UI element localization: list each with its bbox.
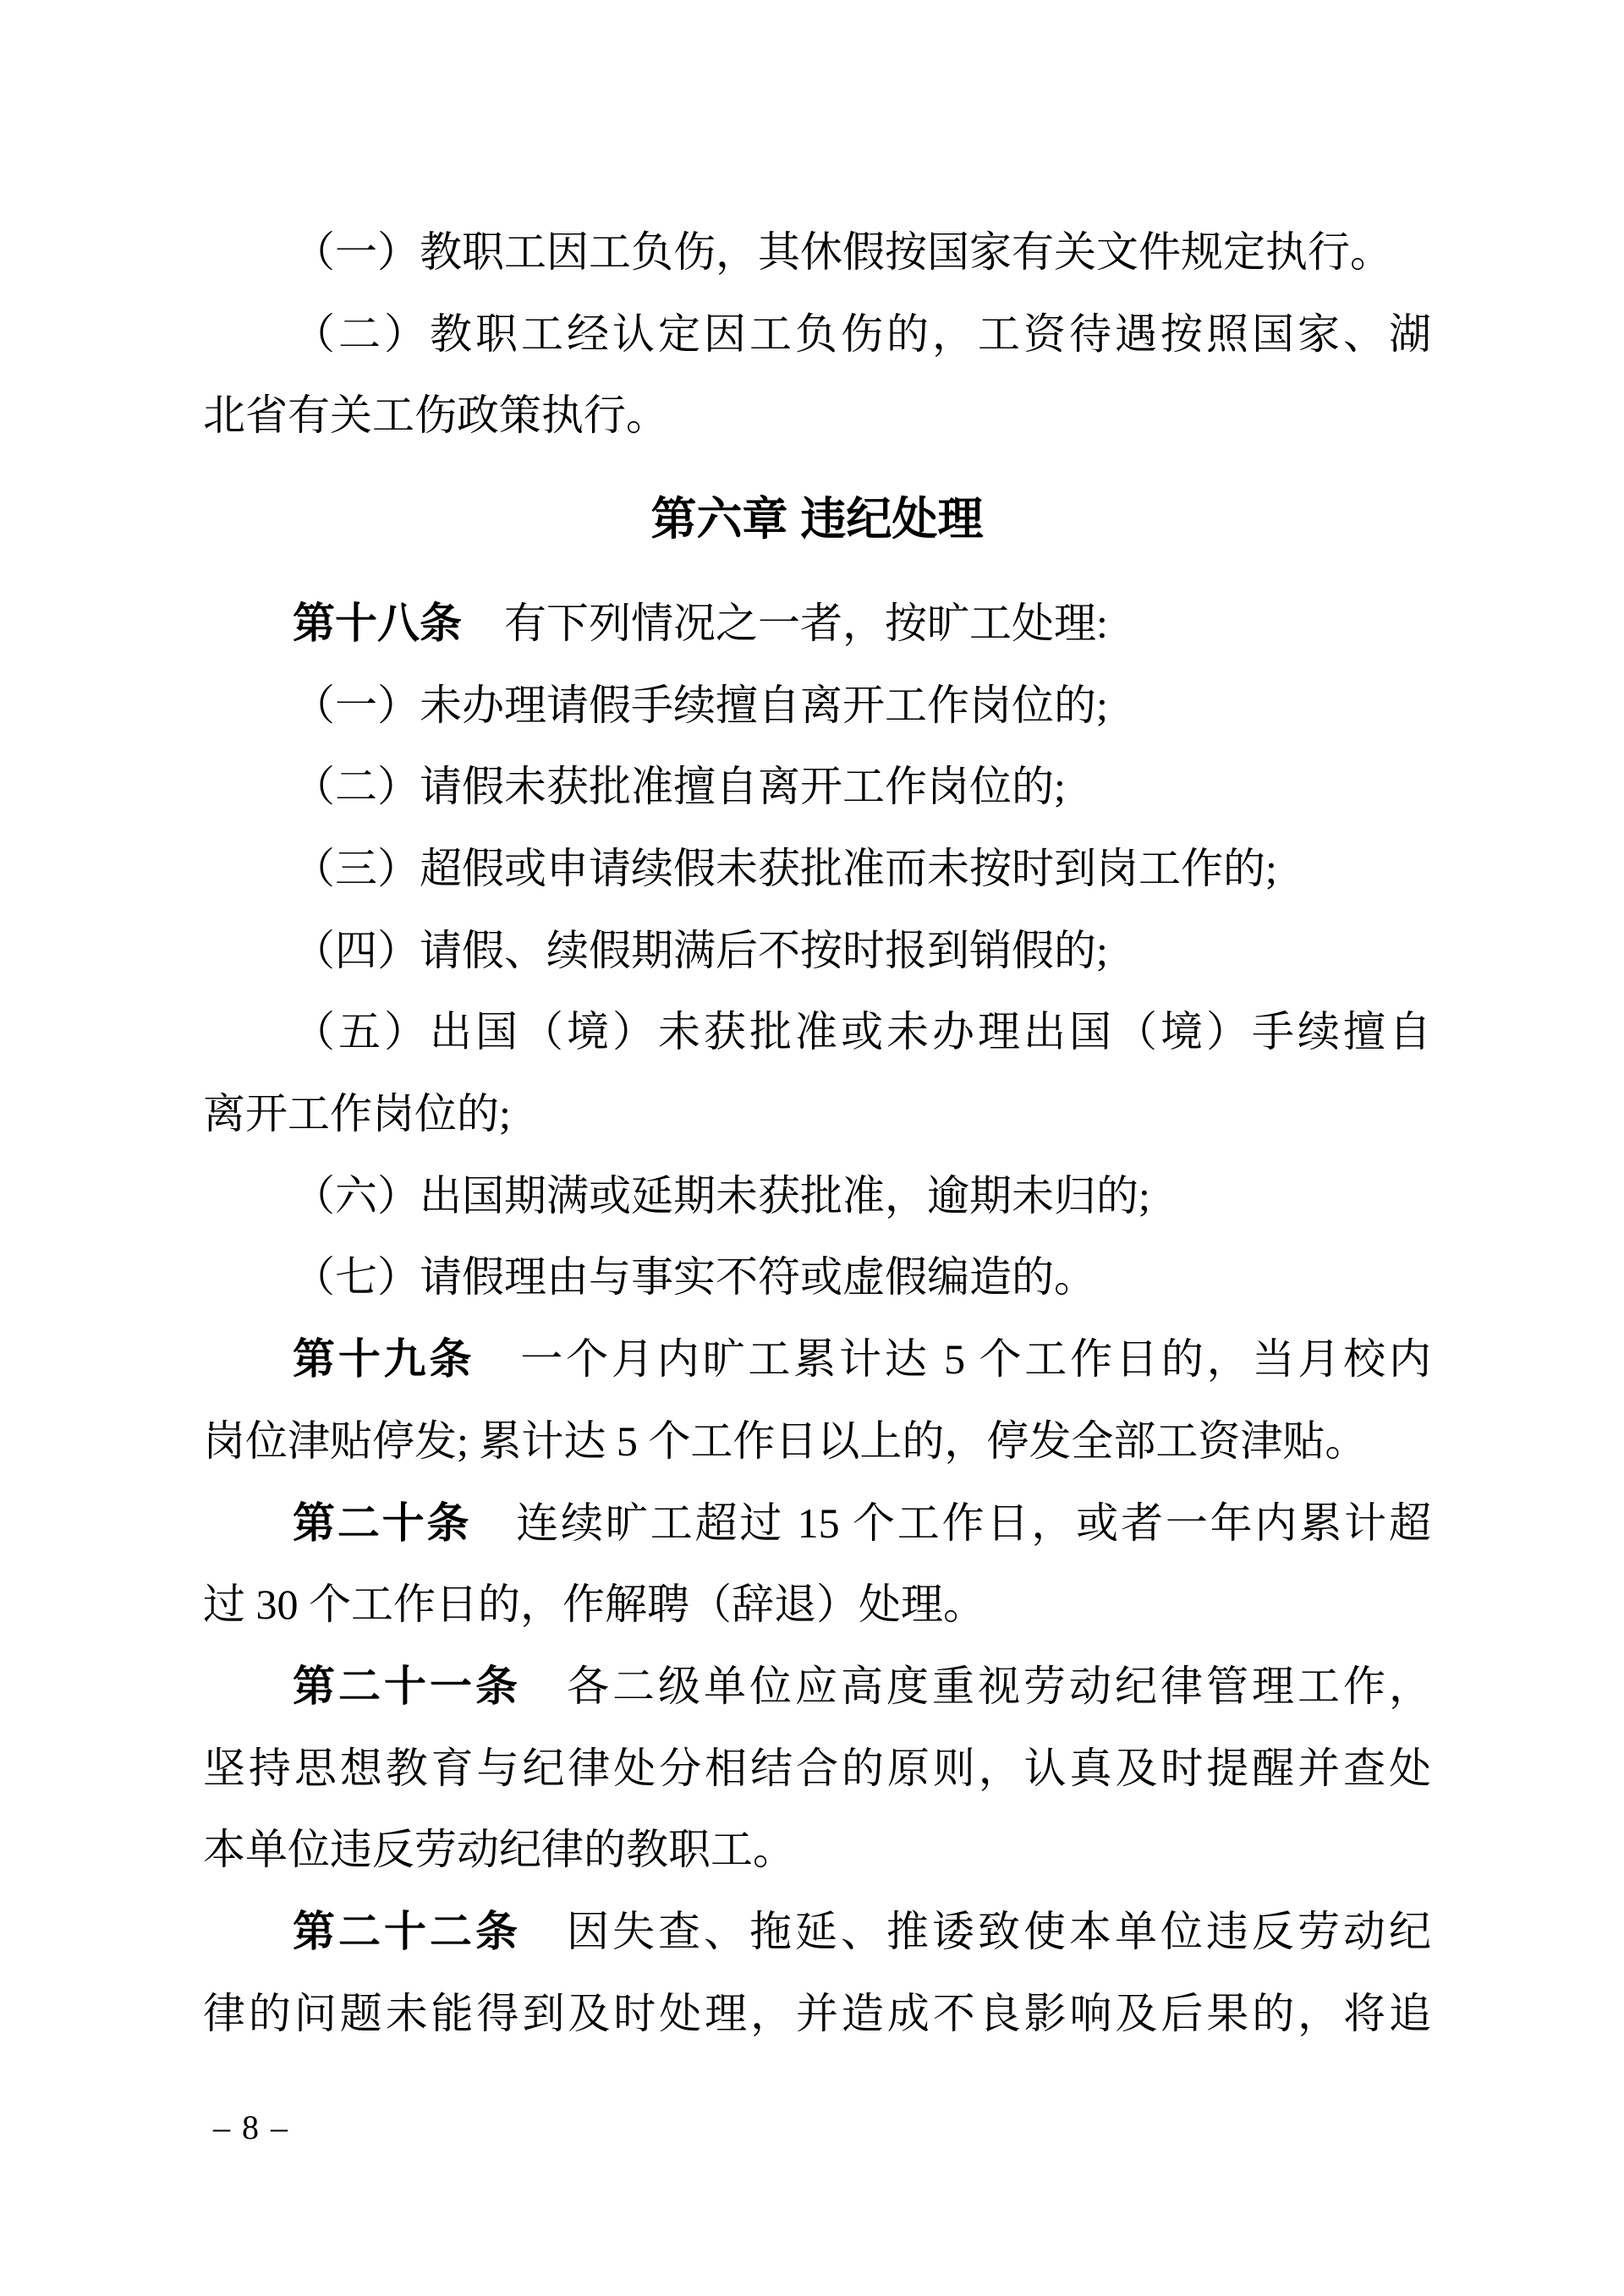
document-line: （一）未办理请假手续擅自离开工作岗位的; (203, 665, 1431, 747)
document-line: （六）出国期满或延期未获批准，逾期未归的; (203, 1155, 1431, 1237)
document-line: 北省有关工伤政策执行。 (203, 375, 1431, 457)
bold-article-label: 第二十一条 (293, 1663, 521, 1710)
text-run: （一）教职工因工负伤，其休假按国家有关文件规定执行。 (293, 228, 1392, 276)
bold-article-label: 第二十条 (293, 1499, 471, 1547)
text-run: 岗位津贴停发; 累计达 5 个工作日以上的，停发全部工资津贴。 (203, 1417, 1367, 1465)
text-run: （二）请假未获批准擅自离开工作岗位的; (293, 763, 1066, 810)
document-line: （四）请假、续假期满后不按时报到销假的; (203, 910, 1431, 992)
document-page: （一）教职工因工负伤，其休假按国家有关文件规定执行。（二）教职工经认定因工负伤的… (0, 0, 1624, 2296)
text-run: （四）请假、续假期满后不按时报到销假的; (293, 927, 1108, 974)
text-run: （一）未办理请假手续擅自离开工作岗位的; (293, 682, 1108, 729)
text-run: 律的问题未能得到及时处理，并造成不良影响及后果的，将追 (203, 1990, 1431, 2037)
document-line: 坚持思想教育与纪律处分相结合的原则，认真及时提醒并查处 (203, 1728, 1431, 1810)
text-run: 因失查、拖延、推诿致使本单位违反劳动纪 (521, 1908, 1431, 1955)
document-line: （七）请假理由与事实不符或虚假编造的。 (203, 1236, 1431, 1318)
text-run: 连续旷工超过 15 个工作日，或者一年内累计超 (471, 1499, 1431, 1547)
document-line: 第二十二条 因失查、拖延、推诿致使本单位违反劳动纪 (203, 1891, 1431, 1973)
page-number: – 8 – (213, 2102, 289, 2153)
document-line: 律的问题未能得到及时处理，并造成不良影响及后果的，将追 (203, 1973, 1431, 2055)
document-line: 第十八条 有下列情况之一者，按旷工处理: (203, 583, 1431, 665)
bold-article-label: 第二十二条 (293, 1908, 521, 1955)
text-run: 一个月内旷工累计达 5 个工作日的，当月校内 (475, 1335, 1431, 1383)
text-run: 过 30 个工作日的，作解聘（辞退）处理。 (203, 1581, 985, 1628)
text-run: （三）超假或申请续假未获批准而未按时到岗工作的; (293, 845, 1277, 892)
text-run: （七）请假理由与事实不符或虚假编造的。 (293, 1253, 1096, 1301)
chapter-heading: 第六章 违纪处理 (203, 479, 1431, 561)
document-line: 过 30 个工作日的，作解聘（辞退）处理。 (203, 1564, 1431, 1646)
document-line: 本单位违反劳动纪律的教职工。 (203, 1809, 1431, 1891)
bold-article-label: 第十八条 (293, 600, 462, 647)
document-line: （一）教职工因工负伤，其休假按国家有关文件规定执行。 (203, 211, 1431, 293)
document-line: （三）超假或申请续假未获批准而未按时到岗工作的; (203, 828, 1431, 910)
bold-article-label: 第六章 违纪处理 (650, 494, 983, 545)
text-body: （一）教职工因工负伤，其休假按国家有关文件规定执行。（二）教职工经认定因工负伤的… (203, 211, 1431, 2054)
text-run: 坚持思想教育与纪律处分相结合的原则，认真及时提醒并查处 (203, 1745, 1431, 1792)
text-run: 本单位违反劳动纪律的教职工。 (203, 1826, 795, 1873)
bold-article-label: 第十九条 (293, 1335, 475, 1383)
document-line: 第十九条 一个月内旷工累计达 5 个工作日的，当月校内 (203, 1318, 1431, 1400)
text-run: 离开工作岗位的; (203, 1090, 511, 1137)
text-run: 有下列情况之一者，按旷工处理: (462, 600, 1108, 647)
document-line: （二）请假未获批准擅自离开工作岗位的; (203, 746, 1431, 828)
text-run: 北省有关工伤政策执行。 (203, 392, 668, 439)
text-run: （六）出国期满或延期未获批准，逾期未归的; (293, 1172, 1150, 1219)
document-line: 第二十一条 各二级单位应高度重视劳动纪律管理工作， (203, 1646, 1431, 1728)
document-line: 第二十条 连续旷工超过 15 个工作日，或者一年内累计超 (203, 1482, 1431, 1564)
text-run: 各二级单位应高度重视劳动纪律管理工作， (521, 1663, 1431, 1710)
text-run: （二）教职工经认定因工负伤的，工资待遇按照国家、湖 (293, 310, 1431, 358)
document-line: 离开工作岗位的; (203, 1073, 1431, 1155)
document-line: （五）出国（境）未获批准或未办理出国（境）手续擅自 (203, 991, 1431, 1073)
document-line: 岗位津贴停发; 累计达 5 个工作日以上的，停发全部工资津贴。 (203, 1400, 1431, 1482)
text-run: （五）出国（境）未获批准或未办理出国（境）手续擅自 (293, 1008, 1431, 1055)
document-line: （二）教职工经认定因工负伤的，工资待遇按照国家、湖 (203, 293, 1431, 375)
